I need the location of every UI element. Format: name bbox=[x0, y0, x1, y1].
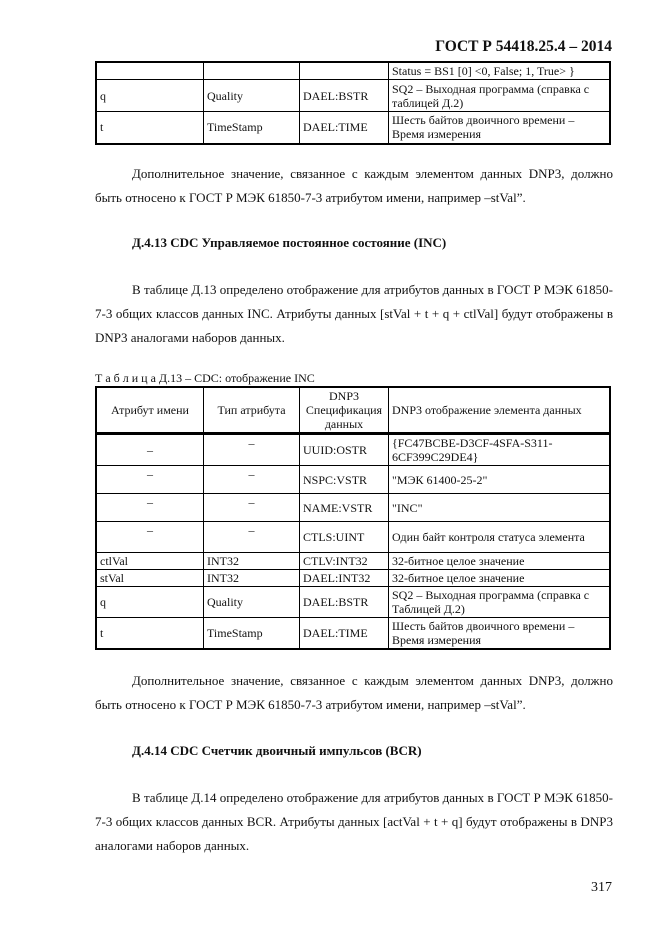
table-cell: DAEL:TIME bbox=[300, 618, 389, 650]
table-row: stVal INT32 DAEL:INT32 32-битное целое з… bbox=[96, 570, 610, 587]
paragraph-text: В таблице Д.13 определено отображение дл… bbox=[95, 282, 613, 345]
table-cell: DAEL:TIME bbox=[300, 112, 389, 144]
table-row: – – UUID:OSTR {FC47BCBE-D3CF-4SFA-S311-6… bbox=[96, 434, 610, 466]
column-header: Атрибут имени bbox=[96, 387, 204, 434]
table-row: – – NAME:VSTR "INC" bbox=[96, 494, 610, 522]
table-cell: 32-битное целое значение bbox=[389, 553, 611, 570]
table-cell: UUID:OSTR bbox=[300, 434, 389, 466]
section-heading: Д.4.14 CDC Счетчик двоичный импульсов (B… bbox=[132, 743, 422, 759]
table-row: t TimeStamp DAEL:TIME Шесть байтов двоич… bbox=[96, 618, 610, 650]
table-cell: DAEL:BSTR bbox=[300, 80, 389, 112]
table-row: – – NSPC:VSTR "МЭК 61400-25-2" bbox=[96, 466, 610, 494]
column-header: DNP3 Спецификация данных bbox=[300, 387, 389, 434]
table-cell: – bbox=[96, 494, 204, 522]
table-cell: – bbox=[204, 434, 300, 466]
table-cell: INT32 bbox=[204, 553, 300, 570]
page-number: 317 bbox=[0, 880, 612, 896]
table-cell: q bbox=[96, 587, 204, 618]
table-cell: Шесть байтов двоичного времени – Время и… bbox=[389, 618, 611, 650]
paragraph-text: Дополнительное значение, связанное с каж… bbox=[95, 673, 613, 712]
document-header: ГОСТ Р 54418.25.4 – 2014 bbox=[0, 38, 612, 56]
table-cell: t bbox=[96, 112, 204, 144]
table-cell: CTLV:INT32 bbox=[300, 553, 389, 570]
table-row: ctlVal INT32 CTLV:INT32 32-битное целое … bbox=[96, 553, 610, 570]
table-cell: DAEL:INT32 bbox=[300, 570, 389, 587]
table-cell: Один байт контроля статуса элемента bbox=[389, 522, 611, 553]
table-caption: Т а б л и ц а Д.13 – CDC: отображение IN… bbox=[95, 371, 315, 386]
table-cell: q bbox=[96, 80, 204, 112]
table-row: q Quality DAEL:BSTR SQ2 – Выходная прогр… bbox=[96, 587, 610, 618]
table-cell: – bbox=[204, 494, 300, 522]
paragraph: Дополнительное значение, связанное с каж… bbox=[95, 669, 613, 717]
paragraph-text: В таблице Д.14 определено отображение дл… bbox=[95, 790, 613, 853]
table-row: Status = BS1 [0] <0, False; 1, True> } bbox=[96, 62, 610, 80]
table-row: t TimeStamp DAEL:TIME Шесть байтов двоич… bbox=[96, 112, 610, 144]
table-cell: NSPC:VSTR bbox=[300, 466, 389, 494]
paragraph: Дополнительное значение, связанное с каж… bbox=[95, 162, 613, 210]
table-cell: ctlVal bbox=[96, 553, 204, 570]
table-cell: "МЭК 61400-25-2" bbox=[389, 466, 611, 494]
column-header: DNP3 отображение элемента данных bbox=[389, 387, 611, 434]
table-d13: Атрибут имени Тип атрибута DNP3 Специфик… bbox=[95, 386, 611, 650]
table-cell: TimeStamp bbox=[204, 112, 300, 144]
table-row: q Quality DAEL:BSTR SQ2 – Выходная прогр… bbox=[96, 80, 610, 112]
table-cell: "INC" bbox=[389, 494, 611, 522]
table-cell: SQ2 – Выходная программа (справка с Табл… bbox=[389, 587, 611, 618]
paragraph: В таблице Д.14 определено отображение дл… bbox=[95, 786, 613, 858]
table-cell bbox=[96, 62, 204, 80]
table-cell: – bbox=[204, 466, 300, 494]
paragraph-text: Дополнительное значение, связанное с каж… bbox=[95, 166, 613, 205]
table-prev-continuation: Status = BS1 [0] <0, False; 1, True> } q… bbox=[95, 61, 611, 145]
table-cell: – bbox=[96, 434, 204, 466]
table-cell: – bbox=[204, 522, 300, 553]
table-cell: Шесть байтов двоичного времени – Время и… bbox=[389, 112, 611, 144]
table-cell: NAME:VSTR bbox=[300, 494, 389, 522]
table-cell bbox=[300, 62, 389, 80]
table-row: – – CTLS:UINT Один байт контроля статуса… bbox=[96, 522, 610, 553]
table-cell: DAEL:BSTR bbox=[300, 587, 389, 618]
table-cell: INT32 bbox=[204, 570, 300, 587]
table-cell bbox=[204, 62, 300, 80]
table-cell: t bbox=[96, 618, 204, 650]
table-cell: TimeStamp bbox=[204, 618, 300, 650]
table-cell: {FC47BCBE-D3CF-4SFA-S311-6CF399C29DE4} bbox=[389, 434, 611, 466]
column-header: Тип атрибута bbox=[204, 387, 300, 434]
table-cell: Status = BS1 [0] <0, False; 1, True> } bbox=[389, 62, 611, 80]
table-cell: 32-битное целое значение bbox=[389, 570, 611, 587]
table-cell: Quality bbox=[204, 80, 300, 112]
table-cell: SQ2 – Выходная программа (справка с табл… bbox=[389, 80, 611, 112]
table-header-row: Атрибут имени Тип атрибута DNP3 Специфик… bbox=[96, 387, 610, 434]
table-cell: Quality bbox=[204, 587, 300, 618]
paragraph: В таблице Д.13 определено отображение дл… bbox=[95, 278, 613, 350]
table-cell: – bbox=[96, 522, 204, 553]
table-cell: stVal bbox=[96, 570, 204, 587]
table-cell: CTLS:UINT bbox=[300, 522, 389, 553]
section-heading: Д.4.13 CDC Управляемое постоянное состоя… bbox=[132, 235, 446, 251]
table-cell: – bbox=[96, 466, 204, 494]
